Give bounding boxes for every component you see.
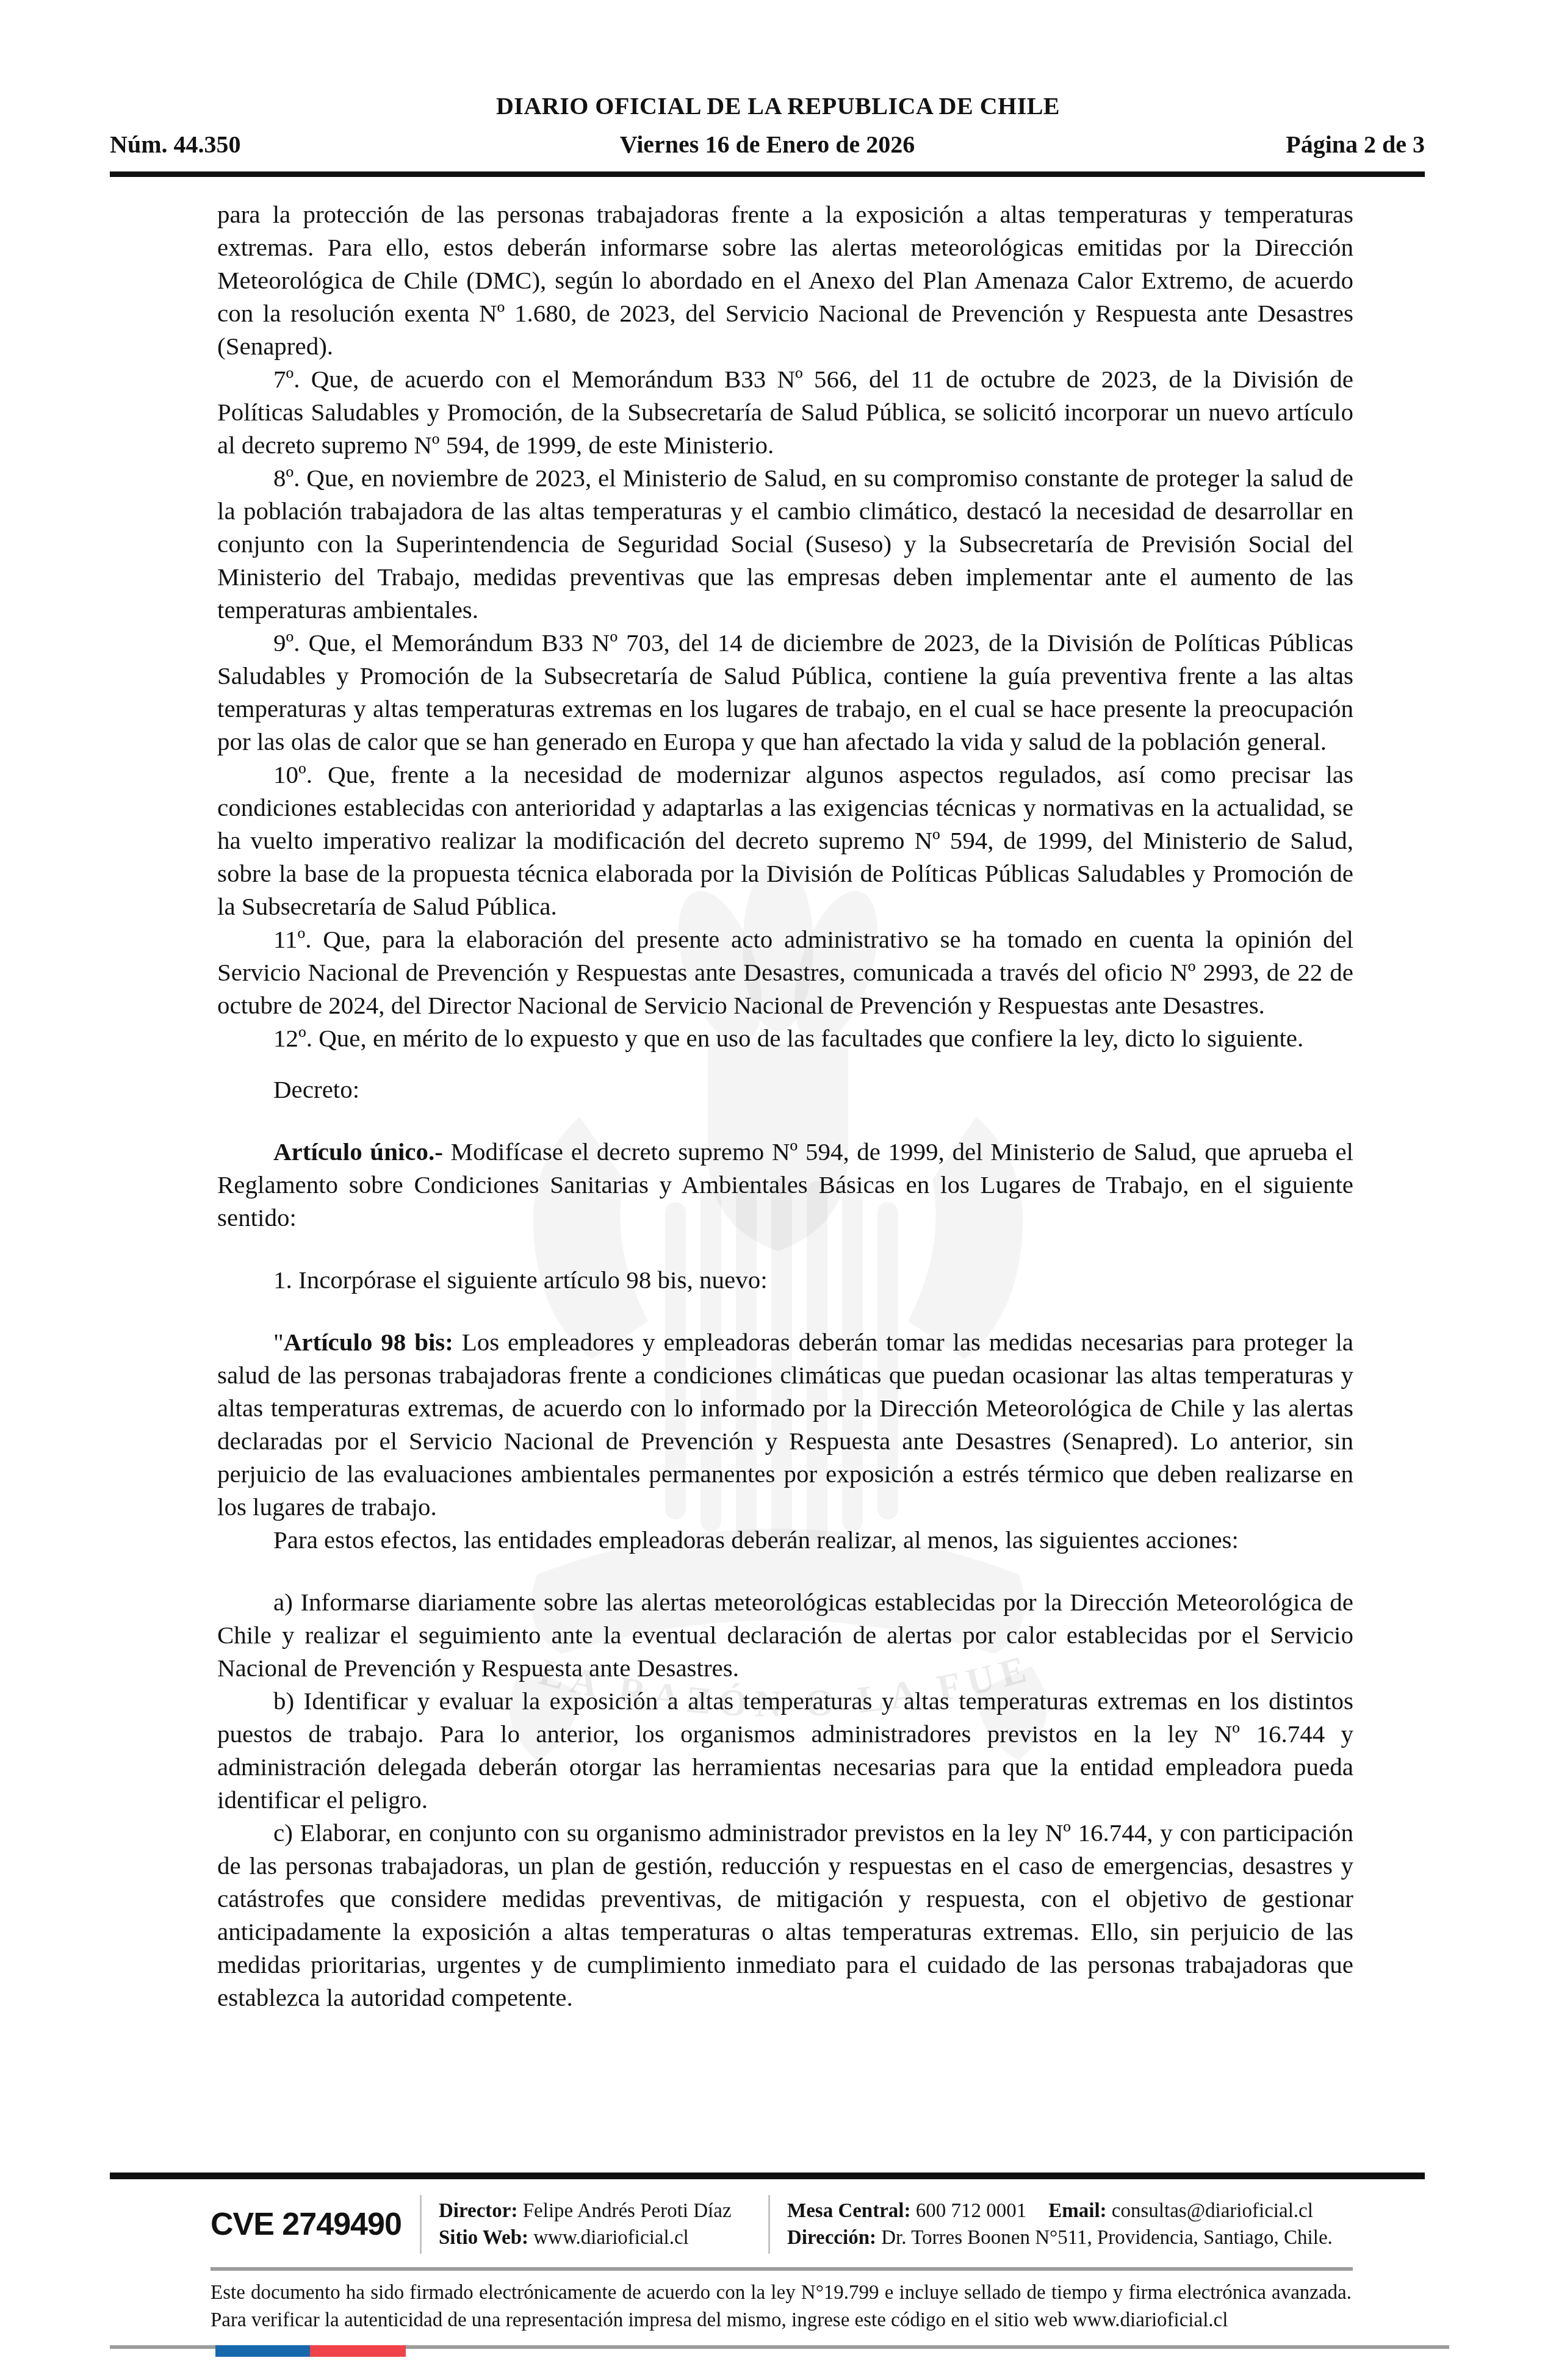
paragraph-efectos: Para estos efectos, las entidades emplea… [217, 1523, 1353, 1556]
articulo-98bis-lead: Artículo 98 bis: [284, 1328, 453, 1356]
document-body: para la protección de las personas traba… [217, 198, 1353, 2014]
direccion-value: Dr. Torres Boonen N°511, Providencia, Sa… [881, 2227, 1333, 2249]
director-label: Director: [439, 2200, 517, 2222]
page-footer: CVE 2749490 Director: Felipe Andrés Pero… [0, 2173, 1556, 2349]
articulo-unico-lead: Artículo único.- [273, 1138, 443, 1166]
bottom-rule [110, 2345, 1449, 2349]
paragraph-continuation: para la protección de las personas traba… [217, 198, 1353, 362]
considerando-12: 12º. Que, en mérito de lo expuesto y que… [217, 1022, 1353, 1055]
gazette-page: POR LA RAZÓN O LA FUERZA DIARIO OFICIAL … [0, 0, 1556, 2380]
footer-gray-rule [211, 2267, 1353, 2271]
director-line: Director: Felipe Andrés Peroti Díaz [439, 2198, 751, 2224]
direccion-line: Dirección: Dr. Torres Boonen N°511, Prov… [787, 2224, 1333, 2251]
footer-divider [768, 2195, 770, 2254]
considerando-11: 11º. Que, para la elaboración del presen… [217, 923, 1353, 1022]
sitio-line: Sitio Web: www.diarioficial.cl [439, 2224, 751, 2251]
contact-line: Mesa Central: 600 712 0001Email: consult… [787, 2198, 1333, 2224]
legal-notice: Este documento ha sido firmado electróni… [211, 2279, 1352, 2334]
considerando-7: 7º. Que, de acuerdo con el Memorándum B3… [217, 362, 1353, 461]
articulo-unico: Artículo único.- Modifícase el decreto s… [217, 1135, 1353, 1234]
direccion-label: Dirección: [787, 2227, 876, 2249]
header-rule [110, 171, 1425, 177]
numeral-1: 1. Incorpórase el siguiente artículo 98 … [217, 1263, 1353, 1296]
page-header: DIARIO OFICIAL DE LA REPUBLICA DE CHILE … [0, 0, 1556, 177]
footer-info-row: CVE 2749490 Director: Felipe Andrés Pero… [211, 2193, 1556, 2256]
decreto-heading: Decreto: [217, 1073, 1353, 1106]
open-quote: " [273, 1328, 284, 1356]
letra-c: c) Elaborar, en conjunto con su organism… [217, 1816, 1353, 2014]
edition-date: Viernes 16 de Enero de 2026 [110, 130, 1425, 159]
header-meta-row: Núm. 44.350 Viernes 16 de Enero de 2026 … [110, 130, 1425, 160]
mesa-value: 600 712 0001 [916, 2200, 1027, 2222]
cve-code: CVE 2749490 [211, 2206, 403, 2243]
footer-contact-block: Mesa Central: 600 712 0001Email: consult… [787, 2198, 1333, 2251]
email-value: consultas@diarioficial.cl [1112, 2200, 1313, 2222]
mesa-label: Mesa Central: [787, 2200, 911, 2222]
flag-blue [215, 2345, 310, 2357]
articulo-98bis-text: Los empleadores y empleadoras deberán to… [217, 1328, 1353, 1521]
sitio-label: Sitio Web: [439, 2227, 528, 2249]
footer-divider [420, 2195, 422, 2254]
letra-b: b) Identificar y evaluar la exposición a… [217, 1684, 1353, 1816]
considerando-10: 10º. Que, frente a la necesidad de moder… [217, 758, 1353, 923]
page-indicator: Página 2 de 3 [1286, 130, 1425, 159]
considerando-9: 9º. Que, el Memorándum B33 Nº 703, del 1… [217, 626, 1353, 758]
gazette-title: DIARIO OFICIAL DE LA REPUBLICA DE CHILE [0, 0, 1556, 120]
chile-flag-mark [215, 2345, 406, 2357]
email-label: Email: [1048, 2200, 1106, 2222]
considerando-8: 8º. Que, en noviembre de 2023, el Minist… [217, 461, 1353, 626]
letra-a: a) Informarse diariamente sobre las aler… [217, 1585, 1353, 1684]
articulo-98bis: "Artículo 98 bis: Los empleadores y empl… [217, 1325, 1353, 1523]
director-value: Felipe Andrés Peroti Díaz [523, 2200, 732, 2222]
sitio-value: www.diarioficial.cl [533, 2227, 688, 2249]
footer-director-block: Director: Felipe Andrés Peroti Díaz Siti… [439, 2198, 751, 2251]
flag-red [310, 2345, 406, 2357]
footer-top-rule [110, 2173, 1425, 2179]
